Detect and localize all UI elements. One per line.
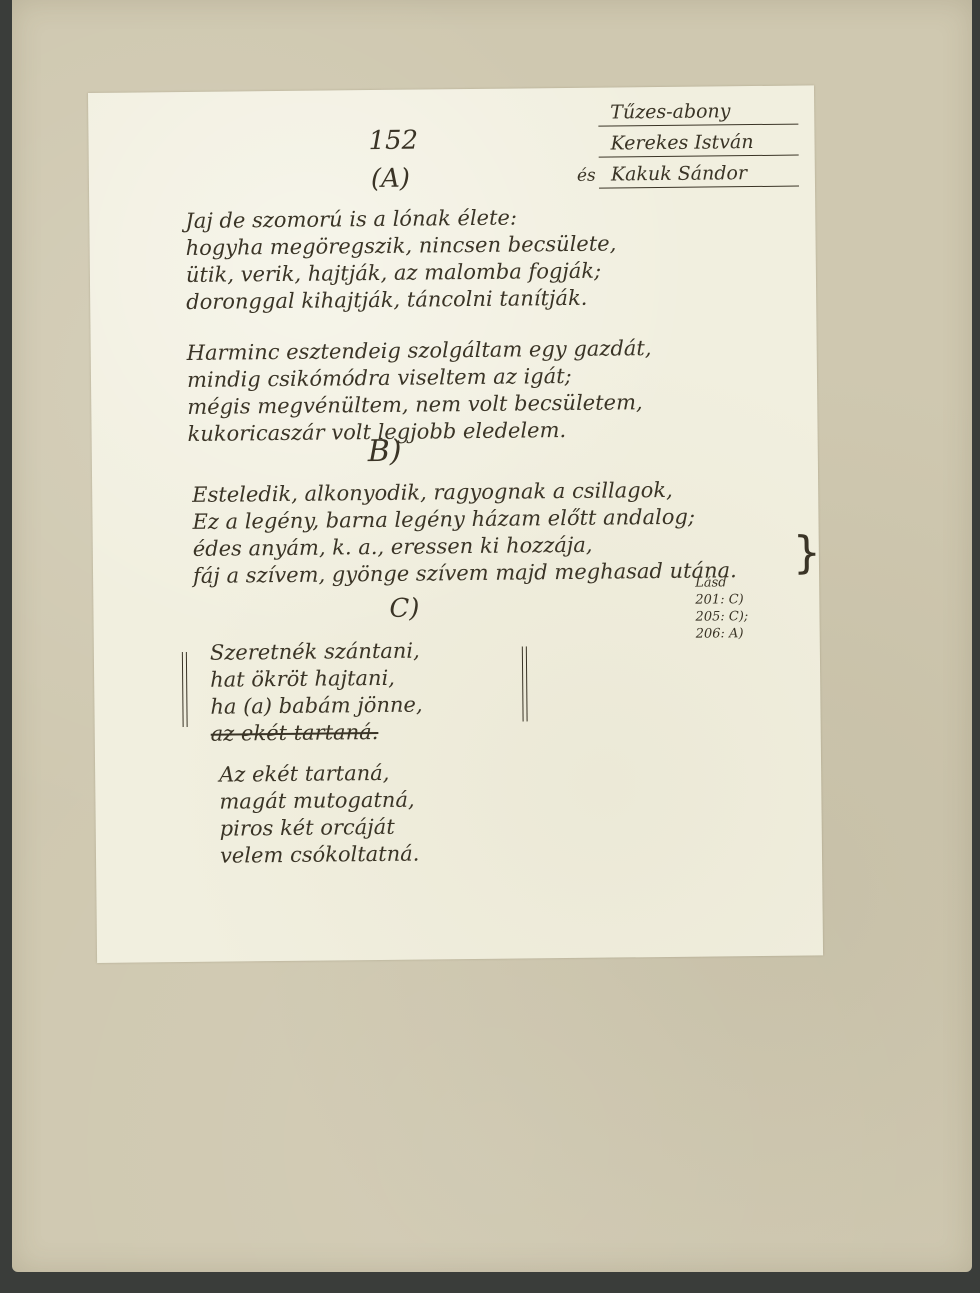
collection-header: Tűzes-abony Kerekes István és Kakuk Sánd… bbox=[598, 98, 799, 193]
singer-name-1: Kerekes István bbox=[598, 129, 798, 158]
verse-line: mégis megvénültem, nem volt becsületem, bbox=[187, 389, 652, 421]
verse-line: kukoricaszár volt legjobb eledelem. bbox=[187, 416, 652, 448]
verse-line: fáj a szívem, gyönge szívem majd meghasa… bbox=[193, 557, 737, 590]
verse-line: magát mutogatná, bbox=[219, 787, 419, 816]
song-number: 152 bbox=[368, 126, 418, 157]
cross-reference-note: Lásd 201: C) 205: C); 206: A) bbox=[695, 574, 748, 643]
verse-line: doronggal kihajtják, táncolni tanítják. bbox=[186, 284, 617, 316]
note-ref: 201: C) bbox=[695, 591, 748, 609]
section-c-label: C) bbox=[389, 594, 419, 624]
verse-line: Az ekét tartaná, bbox=[219, 760, 419, 789]
section-a-stanza-1: Jaj de szomorú is a lónak élete: hogyha … bbox=[185, 203, 617, 316]
brace-mark: } bbox=[793, 527, 822, 578]
note-ref: 206: A) bbox=[696, 625, 749, 643]
place-name: Tűzes-abony bbox=[598, 98, 798, 127]
manuscript-sheet: Tűzes-abony Kerekes István és Kakuk Sánd… bbox=[88, 85, 823, 963]
section-c-stanza-2: Az ekét tartaná, magát mutogatná, piros … bbox=[219, 760, 420, 870]
verse-line: velem csókoltatná. bbox=[220, 841, 420, 870]
verse-line: Szeretnék szántani, bbox=[210, 638, 422, 667]
note-label: Lásd bbox=[695, 574, 748, 592]
singer-name-2-row: és Kakuk Sándor bbox=[599, 160, 799, 189]
repeat-bar-left bbox=[182, 652, 188, 727]
singer-name-2: Kakuk Sándor bbox=[611, 162, 747, 185]
verse-line: ha (a) babám jönne, bbox=[210, 692, 422, 721]
verse-line: piros két orcáját bbox=[220, 814, 420, 843]
verse-line: Ez a legény, barna legény házam előtt an… bbox=[192, 503, 736, 536]
note-ref: 205: C); bbox=[695, 608, 748, 626]
section-a-stanza-2: Harminc esztendeig szolgáltam egy gazdát… bbox=[187, 335, 653, 448]
verse-line-struck: az ekét tartaná. bbox=[211, 719, 423, 748]
section-b-stanza-1: Esteledik, alkonyodik, ragyognak a csill… bbox=[192, 476, 737, 590]
verse-line: Harminc esztendeig szolgáltam egy gazdát… bbox=[187, 335, 652, 367]
repeat-bar-right bbox=[522, 646, 528, 721]
section-b-label: B) bbox=[368, 434, 402, 469]
verse-line: hat ökröt hajtani, bbox=[210, 665, 422, 694]
conjunction: és bbox=[577, 166, 596, 186]
section-c-stanza-1: Szeretnék szántani, hat ökröt hajtani, h… bbox=[210, 638, 423, 748]
section-a-label: (A) bbox=[371, 164, 410, 194]
mount-board: Tűzes-abony Kerekes István és Kakuk Sánd… bbox=[12, 0, 972, 1272]
